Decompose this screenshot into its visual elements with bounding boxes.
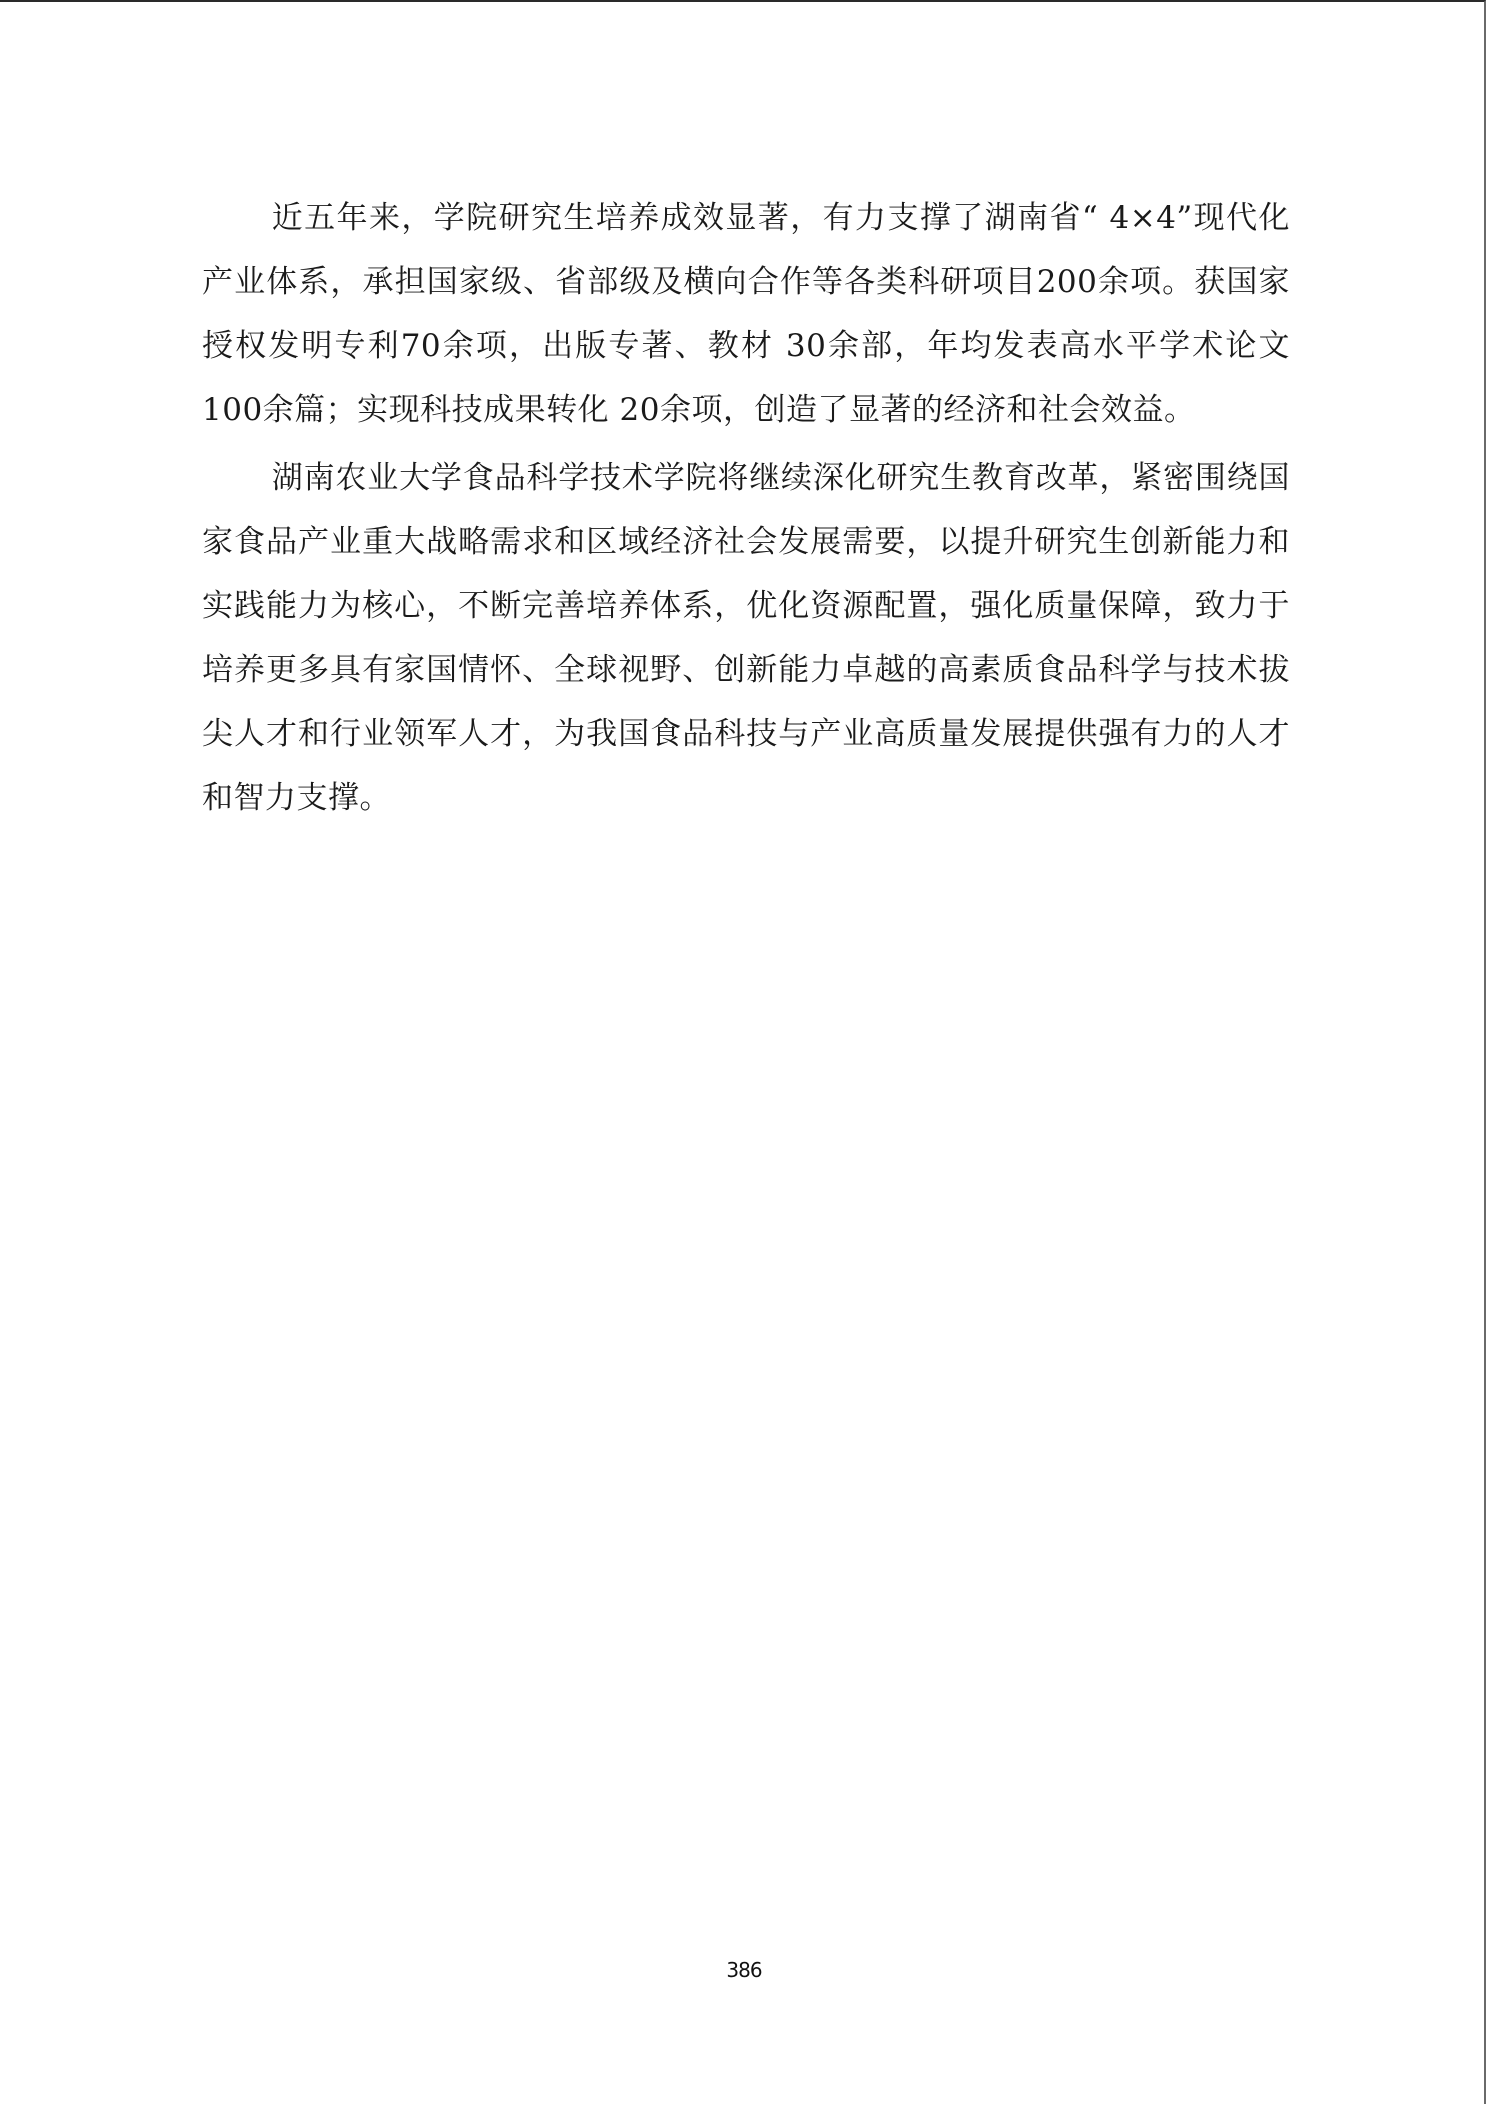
- document-page: 近五年来，学院研究生培养成效显著，有力支撑了湖南省“ 4×4”现代化产业体系，承…: [0, 0, 1486, 2104]
- page-number: 386: [0, 1958, 1488, 1982]
- paragraph-achievements: 近五年来，学院研究生培养成效显著，有力支撑了湖南省“ 4×4”现代化产业体系，承…: [202, 186, 1290, 442]
- body-text: 近五年来，学院研究生培养成效显著，有力支撑了湖南省“ 4×4”现代化产业体系，承…: [202, 186, 1290, 834]
- paragraph-future-plans: 湖南农业大学食品科学技术学院将继续深化研究生教育改革，紧密围绕国家食品产业重大战…: [202, 446, 1290, 830]
